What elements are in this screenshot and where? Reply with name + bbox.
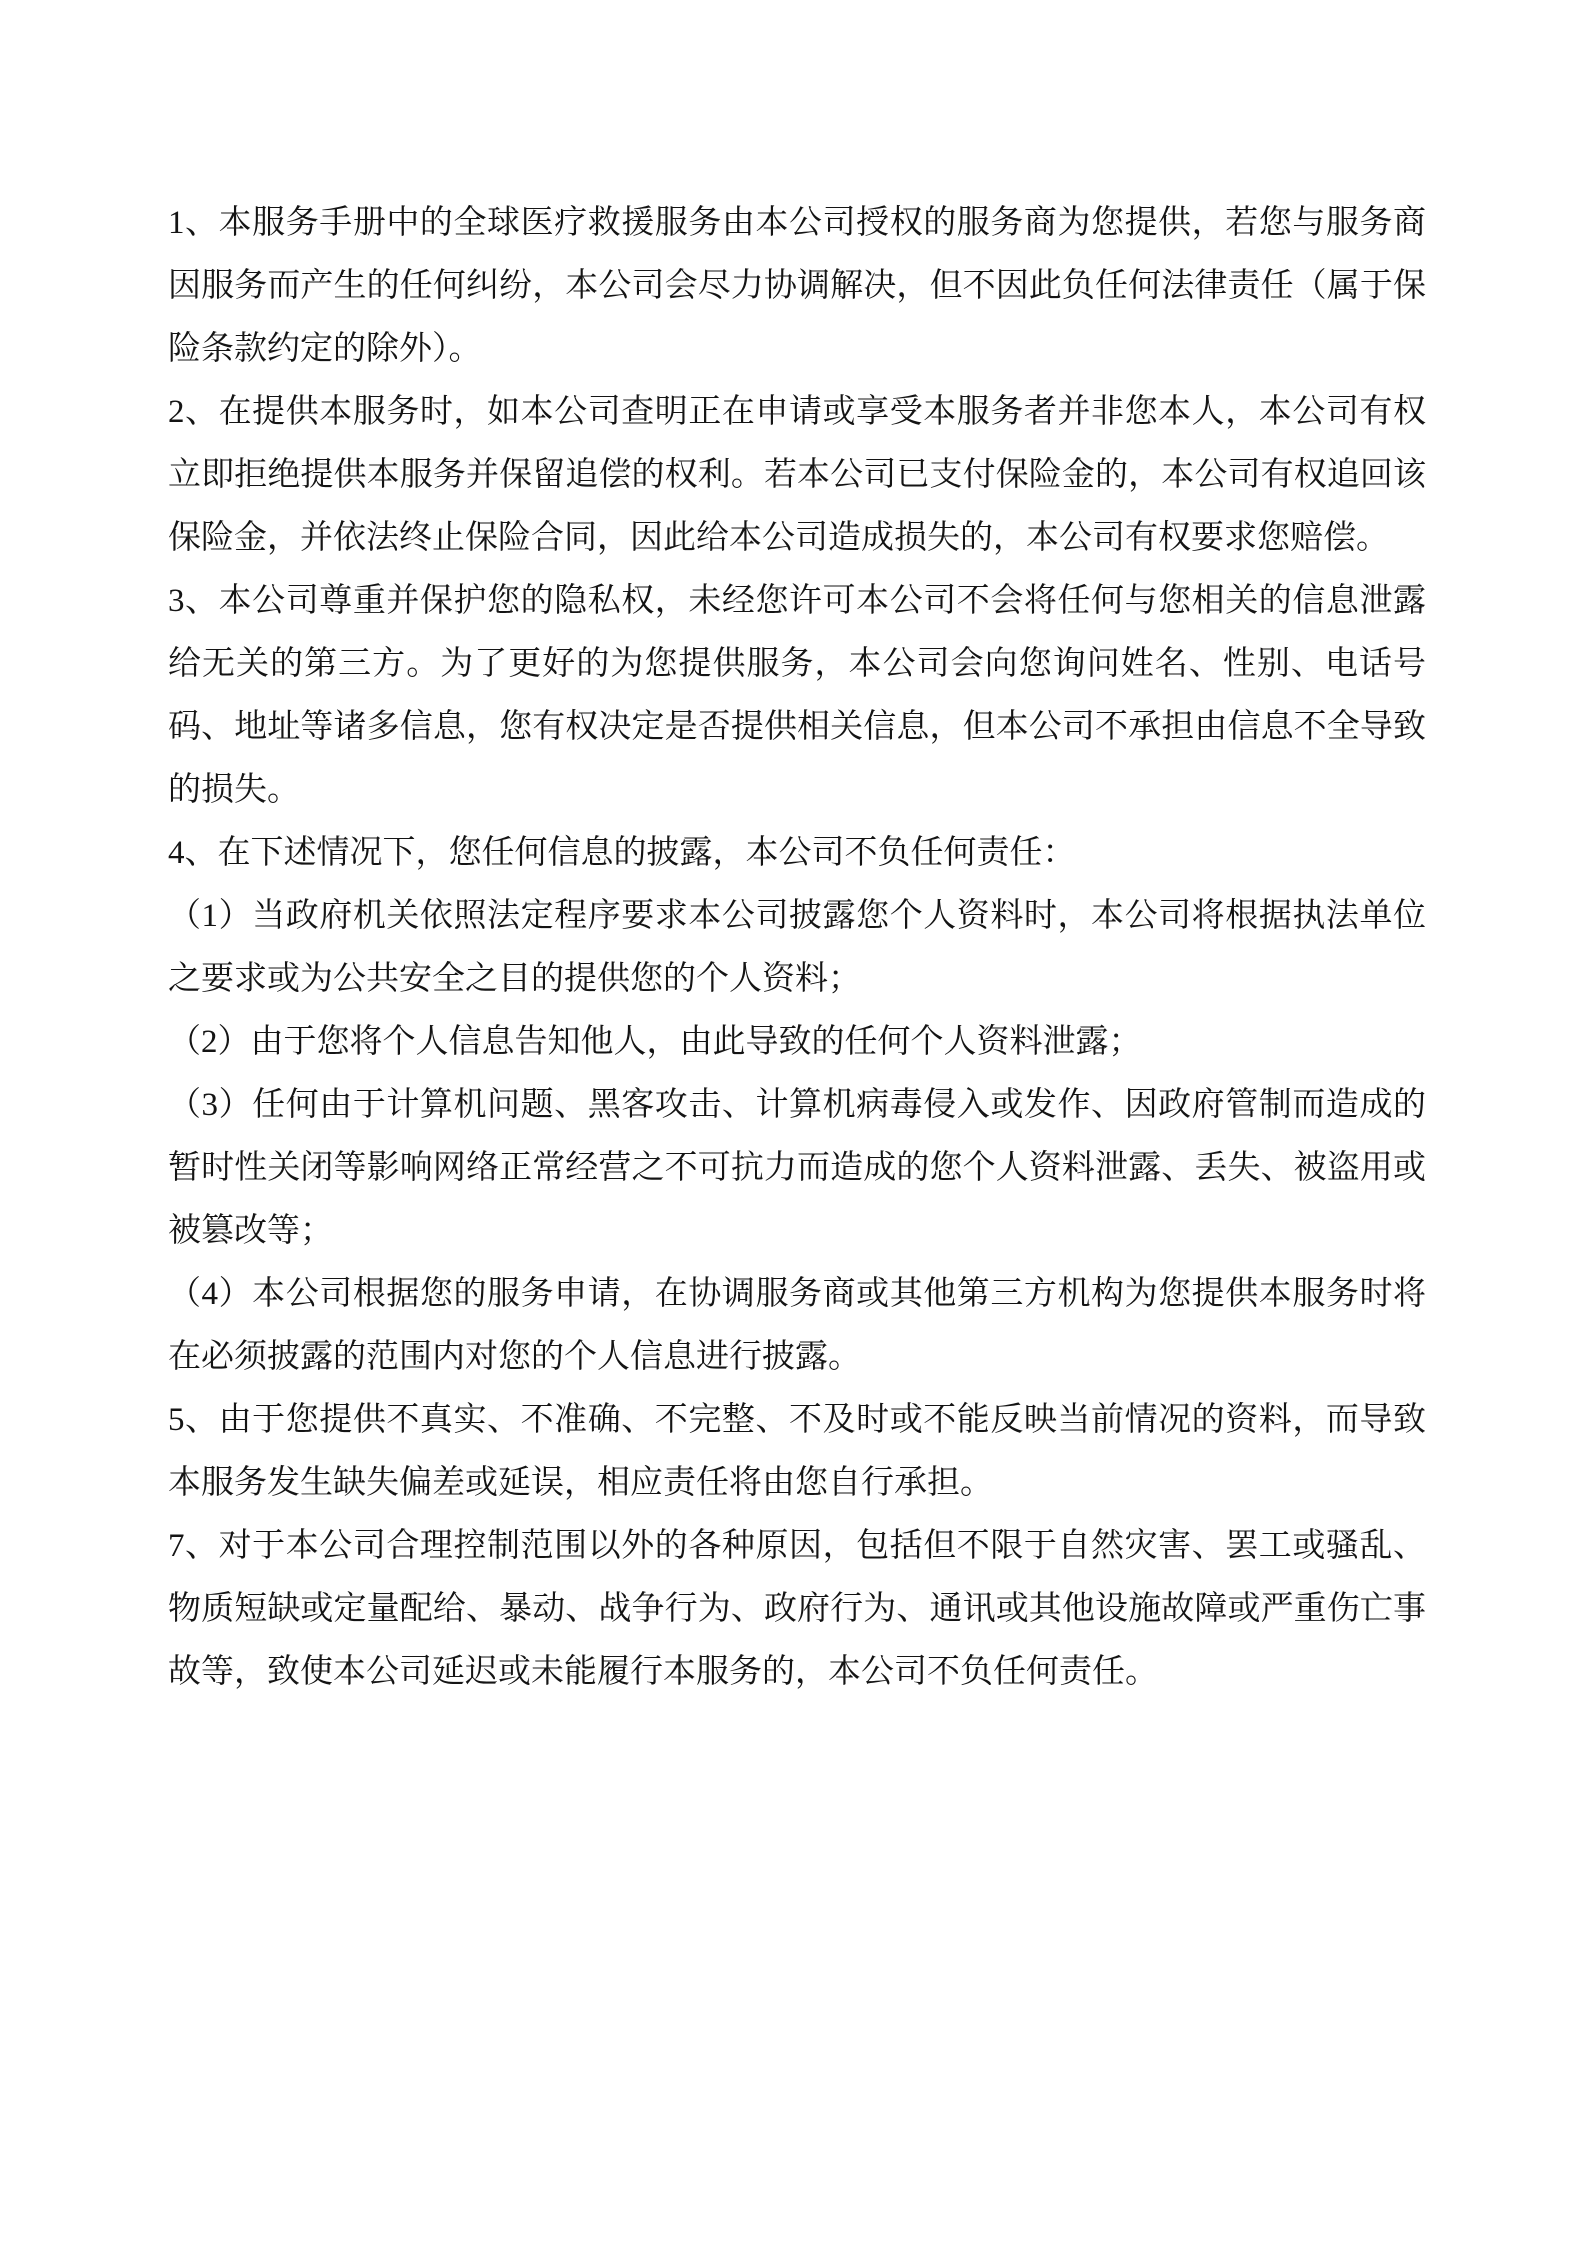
- clause-4-item-2: （2）由于您将个人信息告知他人，由此导致的任何个人资料泄露；: [168, 1011, 1426, 1074]
- document-body-text: 1、本服务手册中的全球医疗救援服务由本公司授权的服务商为您提供，若您与服务商因服…: [168, 192, 1426, 1704]
- clause-4-item-3: （3）任何由于计算机问题、黑客攻击、计算机病毒侵入或发作、因政府管制而造成的暂时…: [168, 1074, 1426, 1263]
- clause-4-item-1: （1）当政府机关依照法定程序要求本公司披露您个人资料时，本公司将根据执法单位之要…: [168, 885, 1426, 1011]
- clause-1: 1、本服务手册中的全球医疗救援服务由本公司授权的服务商为您提供，若您与服务商因服…: [168, 192, 1426, 381]
- document-page: 1、本服务手册中的全球医疗救援服务由本公司授权的服务商为您提供，若您与服务商因服…: [0, 0, 1587, 2245]
- clause-7: 7、对于本公司合理控制范围以外的各种原因，包括但不限于自然灾害、罢工或骚乱、物质…: [168, 1515, 1426, 1704]
- clause-2: 2、在提供本服务时，如本公司查明正在申请或享受本服务者并非您本人，本公司有权立即…: [168, 381, 1426, 570]
- clause-3: 3、本公司尊重并保护您的隐私权，未经您许可本公司不会将任何与您相关的信息泄露给无…: [168, 570, 1426, 822]
- clause-4-intro: 4、在下述情况下，您任何信息的披露，本公司不负任何责任：: [168, 822, 1426, 885]
- clause-5: 5、由于您提供不真实、不准确、不完整、不及时或不能反映当前情况的资料，而导致本服…: [168, 1389, 1426, 1515]
- clause-4-item-4: （4）本公司根据您的服务申请，在协调服务商或其他第三方机构为您提供本服务时将在必…: [168, 1263, 1426, 1389]
